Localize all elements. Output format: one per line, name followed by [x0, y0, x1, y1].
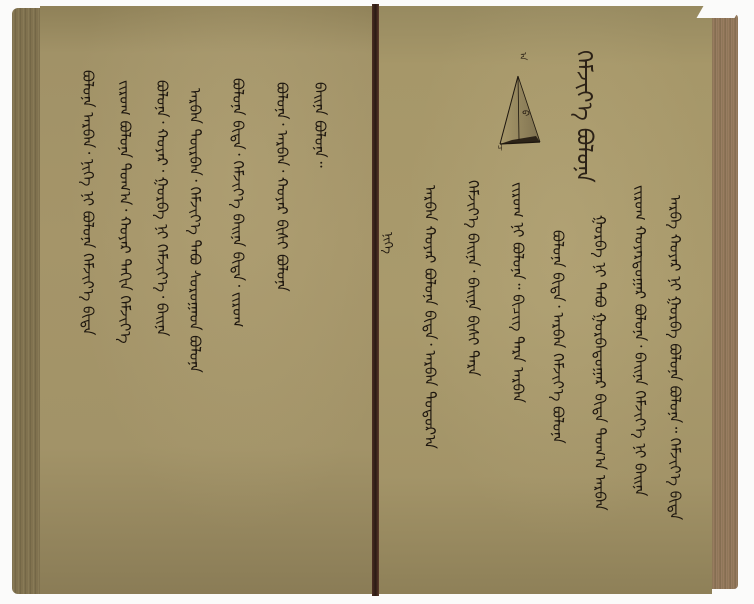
page-corner — [697, 6, 742, 18]
book-gutter — [372, 4, 379, 596]
left-column-5: ᠪᠣᠯᠤᠨᠠ᠂ ᠬᠣᠶᠠᠷ᠂ ᠭᠤᠷᠪᠠ ᠨᠢ ᠬᠡᠮᠵᠢᠶ᠎ᠡ᠂ ᠪᠠᠢᠨᠠ — [152, 80, 178, 336]
right-column-3: ᠭᠤᠷᠪᠠ ᠨᠢ ᠲᠠᠪᠤ ᠭᠤᠷᠪᠠᠳᠤᠭᠠᠷ ᠪᠢᠳᠡ ᠲᠣᠭ᠎ᠠ ᠠᠷᠪᠠ… — [590, 215, 616, 511]
gutter-note: ᠨᠢᠭᠡ — [380, 232, 401, 254]
diagram-label-center: ᠪ — [516, 110, 532, 116]
right-column-7: ᠠᠷᠪᠠᠨ ᠬᠣᠶᠠᠷ ᠪᠣᠯᠤᠨᠠ ᠪᠢᠳᠡ᠂ ᠠᠷᠪᠠᠨ ᠳᠣᠲᠣᠷ᠎ᠠ — [420, 185, 446, 449]
right-page-edge — [712, 14, 738, 589]
handwritten-note: ᠬᠡᠮᠵᠢᠶ᠎ᠡ ᠪᠣᠯᠤᠨᠠ — [564, 50, 602, 183]
left-column-6: ᠵᠢᠷᠤᠭ ᠪᠣᠯᠤᠨᠠ ᠲᠣᠭ᠎ᠠ᠂ ᠬᠣᠶᠠᠷ ᠳᠠᠬᠢᠨ ᠬᠡᠮᠵᠢᠶ᠎ᠡ — [115, 80, 141, 344]
right-column-6: ᠬᠡᠮᠵᠢᠶ᠎ᠡ ᠪᠠᠢᠨᠠ᠂ ᠪᠠᠢᠨᠠ ᠪᠢᠰᠢ ᠲᠡᠷᠡ — [463, 180, 489, 376]
left-column-2: ᠪᠣᠯᠤᠨᠠ᠂ ᠠᠷᠪᠠᠨ᠂ ᠬᠣᠶᠠᠷ ᠪᠢᠰᠢ ᠪᠣᠯᠤᠨᠠ — [272, 82, 298, 292]
right-column-1: ᠠᠷᠪᠠ ᠬᠣᠶᠠᠷ ᠨᠢ ᠭᠤᠷᠪᠠ ᠪᠣᠯᠤᠨᠠ ᠪᠣᠯᠤᠨᠠ᠃ ᠬᠡᠮᠵᠢ… — [665, 195, 691, 520]
left-column-4: ᠠᠷᠪᠠᠨ ᠳᠥᠷᠪᠡᠨ᠂ ᠬᠡᠮᠵᠢᠶ᠎ᠡ ᠲᠠᠪᠤ ᠰᠤᠷᠤᠭᠠᠳ ᠪᠣᠯᠤ… — [185, 88, 211, 373]
left-column-3: ᠪᠣᠯᠤᠨᠠ ᠪᠢᠳᠡ᠂ ᠬᠡᠮᠵᠢᠶ᠎ᠡ ᠪᠠᠢᠨᠠ ᠪᠢᠳᠡ᠂ ᠵᠢᠷᠤᠭ — [228, 78, 254, 328]
right-column-2: ᠵᠢᠷᠤᠭ ᠬᠣᠶᠠᠷᠳᠤᠭᠠᠷ ᠪᠣᠯᠤᠨᠠ᠂ ᠪᠠᠢᠨᠠ ᠬᠡᠮᠵᠢᠶ᠎ᠡ … — [630, 185, 656, 496]
left-column-7: ᠪᠣᠯᠤᠨᠠ ᠠᠷᠪᠠᠨ᠂ ᠨᠢᠭᠡ ᠨᠢ ᠪᠣᠯᠤᠨᠠ ᠬᠡᠮᠵᠢᠶ᠎ᠡ ᠪᠢ… — [78, 70, 104, 335]
left-column-1: ᠪᠠᠢᠨᠠ ᠪᠣᠯᠤᠨᠠ᠃ — [310, 82, 336, 168]
diagram-label-base: ᠴ — [492, 144, 508, 151]
diagram-label-top: ᠠ — [514, 52, 530, 60]
right-column-5: ᠵᠢᠷᠤᠭ ᠨᠢ ᠪᠣᠯᠤᠨᠠ᠃ ᠪᠢᠴᠢᠭ᠌ ᠲᠡᠷᠡ ᠠᠷᠪᠠᠨ — [508, 182, 534, 403]
right-column-4: ᠪᠣᠯᠤᠨᠠ ᠪᠢᠳᠡ᠂ ᠠᠷᠪᠠᠨ ᠬᠡᠮᠵᠢᠶ᠎ᠡ ᠪᠣᠯᠤᠨᠠ — [548, 230, 574, 444]
manuscript-photo: ᠪᠣᠯᠤᠨᠠ ᠠᠷᠪᠠᠨ᠂ ᠨᠢᠭᠡ ᠨᠢ ᠪᠣᠯᠤᠨᠠ ᠬᠡᠮᠵᠢᠶ᠎ᠡ ᠪᠢ… — [0, 0, 754, 604]
pyramid-diagram — [492, 62, 542, 150]
